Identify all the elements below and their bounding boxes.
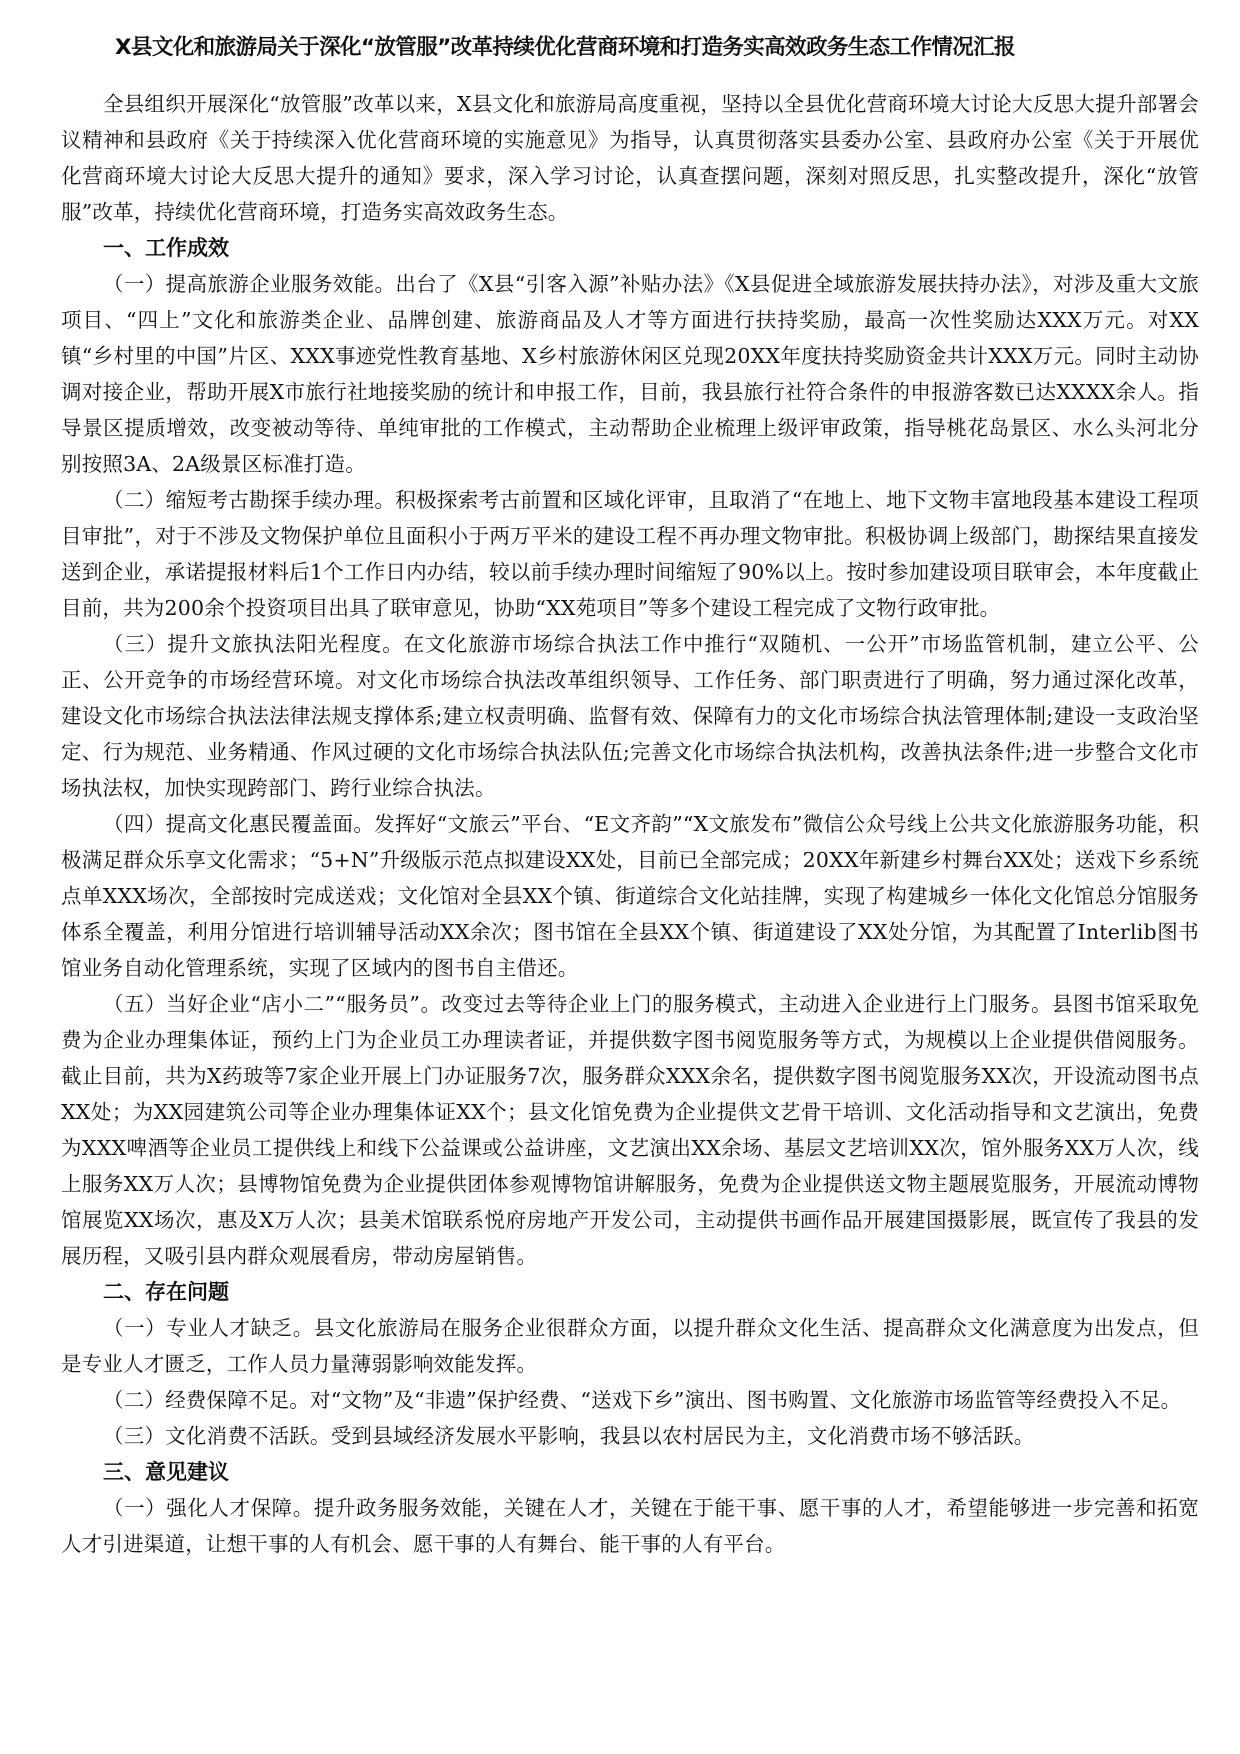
- section-heading: 一、工作成效: [61, 230, 1199, 266]
- section-heading: 二、存在问题: [61, 1274, 1199, 1310]
- paragraph-funding-shortage: （二）经费保障不足。对“文物”及“非遗”保护经费、“送戏下乡”演出、图书购置、文…: [61, 1382, 1199, 1418]
- document-page: X县文化和旅游局关于深化“放管服”改革持续优化营商环境和打造务实高效政务生态工作…: [61, 30, 1199, 1562]
- section-heading: 三、意见建议: [61, 1454, 1199, 1490]
- paragraph-law-enforcement: （三）提升文旅执法阳光程度。在文化旅游市场综合执法工作中推行“双随机、一公开”市…: [61, 626, 1199, 806]
- paragraph-enterprise-service: （五）当好企业“店小二”“服务员”。改变过去等待企业上门的服务模式，主动进入企业…: [61, 986, 1199, 1274]
- paragraph-consumption-inactive: （三）文化消费不活跃。受到县域经济发展水平影响，我县以农村居民为主，文化消费市场…: [61, 1418, 1199, 1454]
- paragraph-tourism-service: （一）提高旅游企业服务效能。出台了《X县“引客入源”补贴办法》《X县促进全域旅游…: [61, 266, 1199, 482]
- section-problems: 二、存在问题 （一）专业人才缺乏。县文化旅游局在服务企业很群众方面，以提升群众文…: [61, 1274, 1199, 1454]
- intro-paragraph: 全县组织开展深化“放管服”改革以来，X县文化和旅游局高度重视，坚持以全县优化营商…: [61, 86, 1199, 230]
- section-suggestions: 三、意见建议 （一）强化人才保障。提升政务服务效能，关键在人才，关键在于能干事、…: [61, 1454, 1199, 1562]
- paragraph-talent-guarantee: （一）强化人才保障。提升政务服务效能，关键在人才，关键在于能干事、愿干事的人才，…: [61, 1490, 1199, 1562]
- section-achievements: 一、工作成效 （一）提高旅游企业服务效能。出台了《X县“引客入源”补贴办法》《X…: [61, 230, 1199, 1274]
- document-title: X县文化和旅游局关于深化“放管服”改革持续优化营商环境和打造务实高效政务生态工作…: [61, 30, 1199, 66]
- paragraph-talent-shortage: （一）专业人才缺乏。县文化旅游局在服务企业很群众方面，以提升群众文化生活、提高群…: [61, 1310, 1199, 1382]
- paragraph-archaeology-procedures: （二）缩短考古勘探手续办理。积极探索考古前置和区域化评审，且取消了“在地上、地下…: [61, 482, 1199, 626]
- paragraph-cultural-coverage: （四）提高文化惠民覆盖面。发挥好“文旅云”平台、“E文齐韵”“X文旅发布”微信公…: [61, 806, 1199, 986]
